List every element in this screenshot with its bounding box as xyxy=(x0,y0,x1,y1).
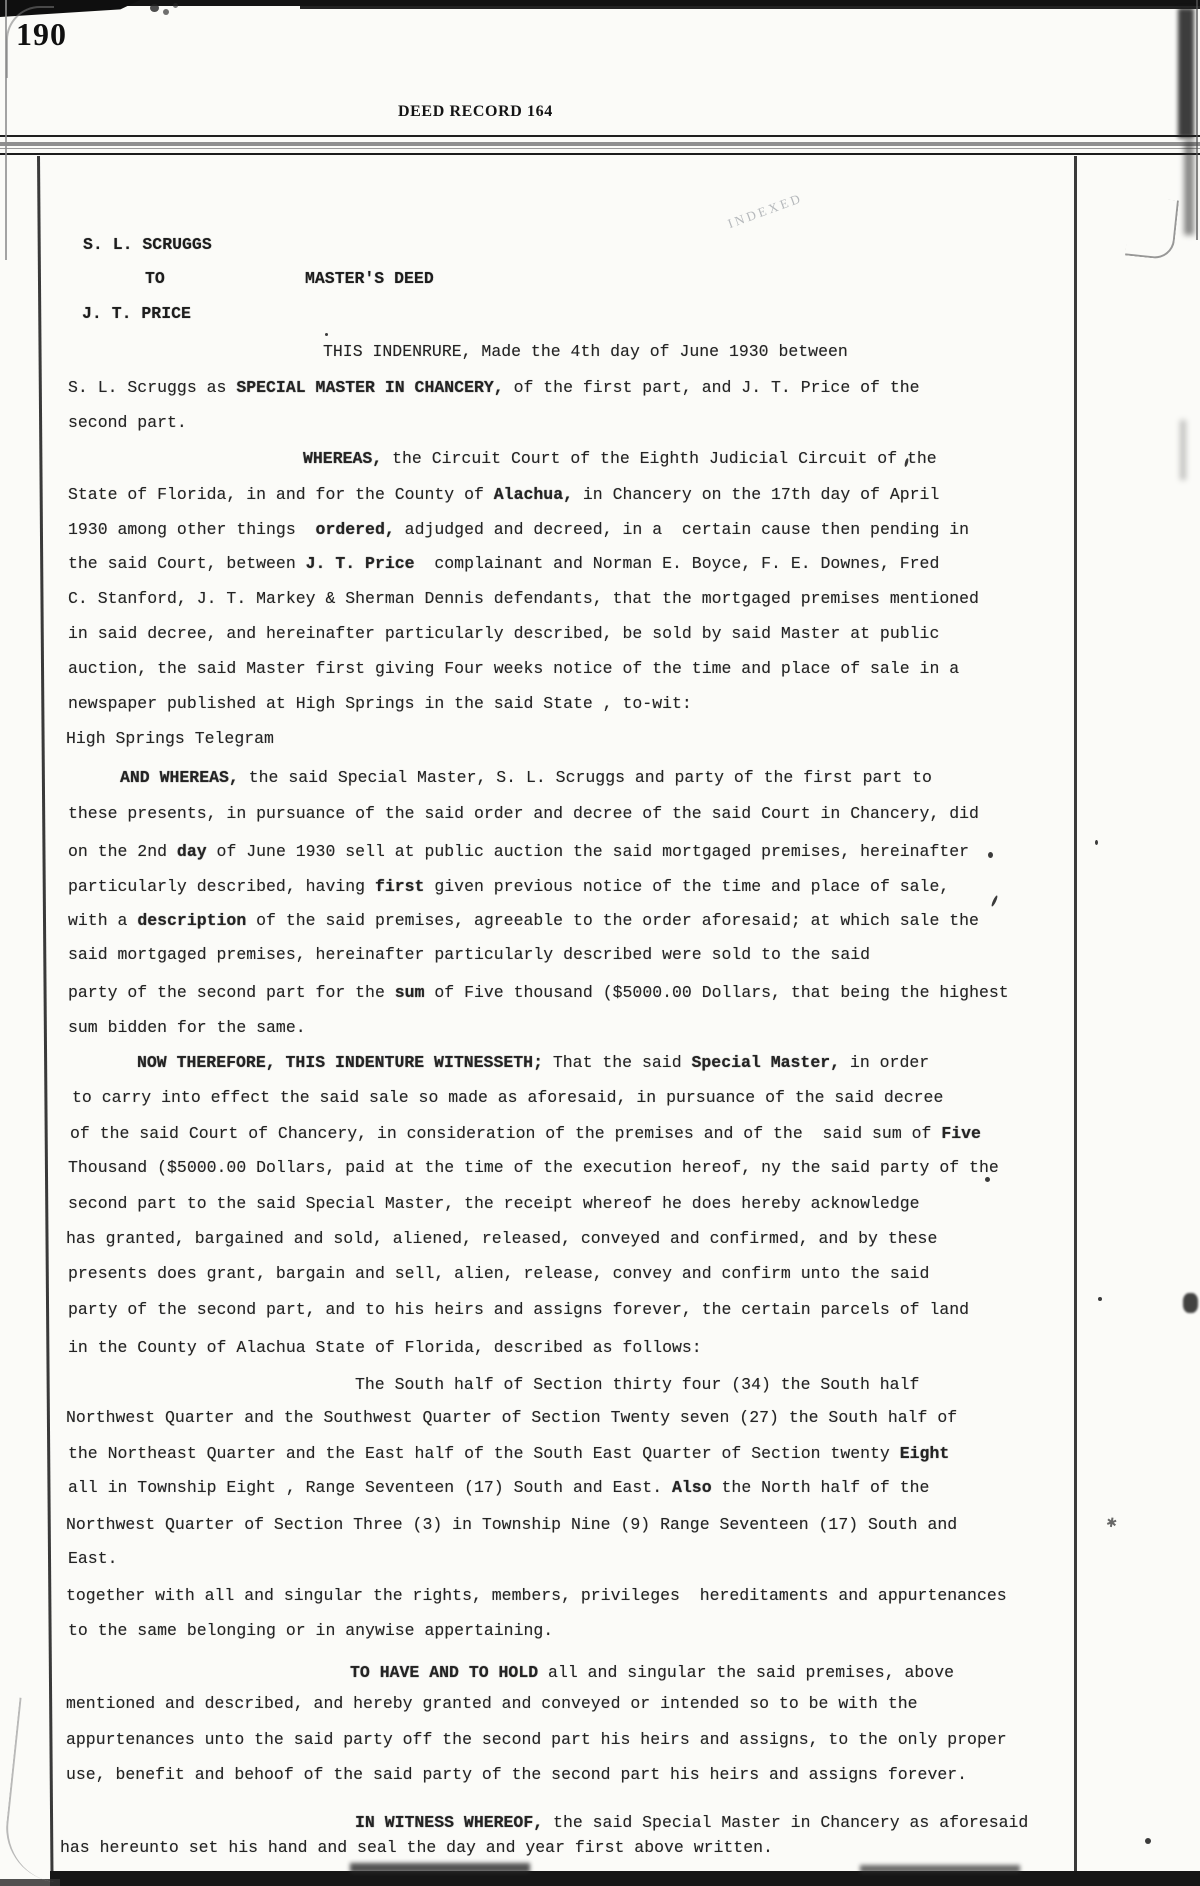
document-line: NOW THEREFORE, THIS INDENTURE WITNESSETH… xyxy=(137,1052,929,1073)
document-line: auction, the said Master first giving Fo… xyxy=(68,658,959,679)
text-segment: The South half of Section thirty four (3… xyxy=(355,1375,919,1394)
text-segment: auction, the said Master first giving Fo… xyxy=(68,659,959,678)
document-line: S. L. Scruggs as SPECIAL MASTER IN CHANC… xyxy=(68,377,920,398)
text-segment: description xyxy=(137,911,246,930)
text-segment: in order xyxy=(840,1053,929,1072)
text-segment: Northwest Quarter and the Southwest Quar… xyxy=(66,1408,957,1427)
text-segment: of Five thousand ($5000.00 Dollars, that… xyxy=(424,983,1008,1002)
document-line: to carry into effect the said sale so ma… xyxy=(72,1087,943,1108)
document-line: presents does grant, bargain and sell, a… xyxy=(68,1263,929,1284)
text-segment: all in Township Eight , Range Seventeen … xyxy=(68,1478,672,1497)
text-segment: C. Stanford, J. T. Markey & Sherman Denn… xyxy=(68,589,979,608)
text-segment: Eight xyxy=(900,1444,950,1463)
text-segment: IN WITNESS WHEREOF, xyxy=(355,1813,543,1832)
text-segment: of the said Court of Chancery, in consid… xyxy=(70,1124,941,1143)
document-line: sum bidden for the same. xyxy=(68,1017,306,1038)
text-segment: of June 1930 sell at public auction the … xyxy=(207,842,969,861)
text-segment: the said Court, between xyxy=(68,554,306,573)
page-curl-mark xyxy=(1125,196,1179,261)
right-margin-rule xyxy=(1074,156,1077,1886)
text-segment: of the said premises, agreeable to the o… xyxy=(246,911,979,930)
text-segment: Alachua, xyxy=(494,485,573,504)
text-segment: with a xyxy=(68,911,137,930)
text-segment: That the said xyxy=(543,1053,692,1072)
text-segment: the said Special Master, S. L. Scruggs a… xyxy=(239,768,932,787)
deed-record-page: { "page": { "number": "190", "header_tit… xyxy=(0,0,1200,1886)
text-segment: together with all and singular the right… xyxy=(66,1586,1007,1605)
text-segment: party of the second part, and to his hei… xyxy=(68,1300,969,1319)
document-line: East. xyxy=(68,1548,118,1569)
scan-artifact xyxy=(1178,8,1194,138)
document-line: The South half of Section thirty four (3… xyxy=(355,1374,919,1395)
document-line: mentioned and described, and hereby gran… xyxy=(66,1693,918,1714)
text-segment: the Northeast Quarter and the East half … xyxy=(68,1444,900,1463)
text-segment: East. xyxy=(68,1549,118,1568)
text-segment: State of Florida, in and for the County … xyxy=(68,485,494,504)
text-segment: 1930 among other things xyxy=(68,520,316,539)
document-line: WHEREAS, the Circuit Court of the Eighth… xyxy=(303,448,937,469)
text-segment: appurtenances unto the said party off th… xyxy=(66,1730,1007,1749)
text-segment: of the first part, and J. T. Price of th… xyxy=(504,378,920,397)
text-segment: Thousand ($5000.00 Dollars, paid at the … xyxy=(68,1158,999,1177)
document-line: appurtenances unto the said party off th… xyxy=(66,1729,1007,1750)
document-line: second part. xyxy=(68,412,187,433)
document-line: said mortgaged premises, hereinafter par… xyxy=(68,944,870,965)
document-line: has hereunto set his hand and seal the d… xyxy=(60,1837,773,1858)
ink-speck xyxy=(150,4,159,12)
text-segment: AND WHEREAS, xyxy=(120,768,239,787)
ink-speck xyxy=(985,1177,990,1182)
scan-artifact xyxy=(1180,420,1186,480)
grantee-name: J. T. PRICE xyxy=(82,304,191,323)
text-segment: Special Master, xyxy=(692,1053,841,1072)
document-line: together with all and singular the right… xyxy=(66,1585,1007,1606)
document-line: in said decree, and hereinafter particul… xyxy=(68,623,939,644)
text-segment: particularly described, having xyxy=(68,877,375,896)
text-segment: given previous notice of the time and pl… xyxy=(424,877,949,896)
text-segment: mentioned and described, and hereby gran… xyxy=(66,1694,918,1713)
document-line: all in Township Eight , Range Seventeen … xyxy=(68,1477,929,1498)
text-segment: sum bidden for the same. xyxy=(68,1018,306,1037)
text-segment: Northwest Quarter of Section Three (3) i… xyxy=(66,1515,957,1534)
text-segment: complainant and Norman E. Boyce, F. E. D… xyxy=(415,554,940,573)
document-line: particularly described, having first giv… xyxy=(68,876,949,897)
text-segment: has hereunto set his hand and seal the d… xyxy=(60,1838,773,1857)
document-line: THIS INDENRURE, Made the 4th day of June… xyxy=(323,341,848,362)
text-segment: day xyxy=(177,842,207,861)
text-segment: to carry into effect the said sale so ma… xyxy=(72,1088,943,1107)
text-segment: all and singular the said premises, abov… xyxy=(538,1663,954,1682)
document-line: in the County of Alachua State of Florid… xyxy=(68,1337,702,1358)
document-line: these presents, in pursuance of the said… xyxy=(68,803,979,824)
text-segment: in the County of Alachua State of Florid… xyxy=(68,1338,702,1357)
left-margin-rule xyxy=(37,156,53,1886)
document-line: has granted, bargained and sold, aliened… xyxy=(66,1228,937,1249)
text-segment: TO HAVE AND TO HOLD xyxy=(350,1663,538,1682)
text-segment: has granted, bargained and sold, aliened… xyxy=(66,1229,937,1248)
ink-speck xyxy=(1098,1297,1102,1301)
text-segment: to the same belonging or in anywise appe… xyxy=(68,1621,553,1640)
ink-speck xyxy=(1145,1838,1151,1844)
text-segment: said mortgaged premises, hereinafter par… xyxy=(68,945,870,964)
text-segment: sum xyxy=(395,983,425,1002)
document-line: on the 2nd day of June 1930 sell at publ… xyxy=(68,841,969,862)
party-separator: TO xyxy=(145,269,165,288)
document-line: second part to the said Special Master, … xyxy=(68,1193,920,1214)
text-segment: use, benefit and behoof of the said part… xyxy=(66,1765,967,1784)
text-segment: newspaper published at High Springs in t… xyxy=(68,694,692,713)
document-line: the said Court, between J. T. Price comp… xyxy=(68,553,939,574)
text-segment: in Chancery on the 17th day of April xyxy=(573,485,939,504)
ink-speck xyxy=(991,895,999,907)
document-line: State of Florida, in and for the County … xyxy=(68,484,939,505)
grantor-name: S. L. SCRUGGS xyxy=(83,235,212,254)
page-title: DEED RECORD 164 xyxy=(398,103,553,121)
text-segment: ordered, xyxy=(316,520,395,539)
document-line: High Springs Telegram xyxy=(66,728,274,749)
deed-title: MASTER'S DEED xyxy=(305,269,434,288)
text-segment: party of the second part for the xyxy=(68,983,395,1002)
document-line: with a description of the said premises,… xyxy=(68,910,979,931)
document-line: IN WITNESS WHEREOF, the said Special Mas… xyxy=(355,1812,1028,1833)
document-line: 1930 among other things ordered, adjudge… xyxy=(68,519,969,540)
text-segment: High Springs Telegram xyxy=(66,729,274,748)
text-segment: first xyxy=(375,877,425,896)
ink-speck xyxy=(163,9,169,15)
text-segment: presents does grant, bargain and sell, a… xyxy=(68,1264,929,1283)
header-rule-mid xyxy=(0,148,1200,149)
scan-artifact xyxy=(1184,140,1194,235)
ink-speck xyxy=(988,852,993,858)
page-corner-curve xyxy=(6,6,54,78)
text-segment: SPECIAL MASTER IN CHANCERY, xyxy=(236,378,503,397)
text-segment: Also xyxy=(672,1478,712,1497)
document-line: newspaper published at High Springs in t… xyxy=(68,693,692,714)
document-line: Northwest Quarter of Section Three (3) i… xyxy=(66,1514,957,1535)
text-segment: S. L. Scruggs as xyxy=(68,378,236,397)
text-segment: in said decree, and hereinafter particul… xyxy=(68,624,939,643)
text-segment: second part. xyxy=(68,413,187,432)
document-line: of the said Court of Chancery, in consid… xyxy=(70,1123,981,1144)
text-segment: the North half of the xyxy=(712,1478,930,1497)
document-line: C. Stanford, J. T. Markey & Sherman Denn… xyxy=(68,588,979,609)
document-line: the Northeast Quarter and the East half … xyxy=(68,1443,949,1464)
document-line: use, benefit and behoof of the said part… xyxy=(66,1764,967,1785)
ink-speck: ✱ xyxy=(1105,1515,1118,1532)
text-segment: Five xyxy=(941,1124,981,1143)
ink-speck xyxy=(173,3,178,8)
scan-artifact xyxy=(300,0,1200,9)
document-line: to the same belonging or in anywise appe… xyxy=(68,1620,553,1641)
document-line: Northwest Quarter and the Southwest Quar… xyxy=(66,1407,957,1428)
scan-artifact xyxy=(860,1865,1020,1873)
header-rule-top xyxy=(0,135,1200,137)
text-segment: THIS INDENRURE, Made the 4th day of June… xyxy=(323,342,848,361)
document-line: AND WHEREAS, the said Special Master, S.… xyxy=(120,767,932,788)
text-segment: J. T. Price xyxy=(306,554,415,573)
text-segment: the Circuit Court of the Eighth Judicial… xyxy=(382,449,937,468)
page-edge-line xyxy=(1196,0,1198,240)
text-segment: NOW THEREFORE, THIS INDENTURE WITNESSETH… xyxy=(137,1053,543,1072)
ink-speck xyxy=(1095,840,1098,845)
header-rule-bottom xyxy=(0,153,1200,155)
document-line: TO HAVE AND TO HOLD all and singular the… xyxy=(350,1662,954,1683)
text-segment: the said Special Master in Chancery as a… xyxy=(543,1813,1028,1832)
text-segment: adjudged and decreed, in a certain cause… xyxy=(395,520,969,539)
document-line: party of the second part, and to his hei… xyxy=(68,1299,969,1320)
scan-artifact xyxy=(50,1871,1200,1886)
ink-speck xyxy=(325,333,328,336)
text-segment: second part to the said Special Master, … xyxy=(68,1194,920,1213)
scan-artifact xyxy=(350,1863,530,1873)
text-segment: these presents, in pursuance of the said… xyxy=(68,804,979,823)
indexed-stamp: INDEXED xyxy=(726,190,805,232)
ink-blot xyxy=(1183,1293,1198,1313)
header-rule-band xyxy=(0,142,1200,146)
text-segment: WHEREAS, xyxy=(303,449,382,468)
document-line: party of the second part for the sum of … xyxy=(68,982,1009,1003)
text-segment: on the 2nd xyxy=(68,842,177,861)
document-line: Thousand ($5000.00 Dollars, paid at the … xyxy=(68,1157,999,1178)
